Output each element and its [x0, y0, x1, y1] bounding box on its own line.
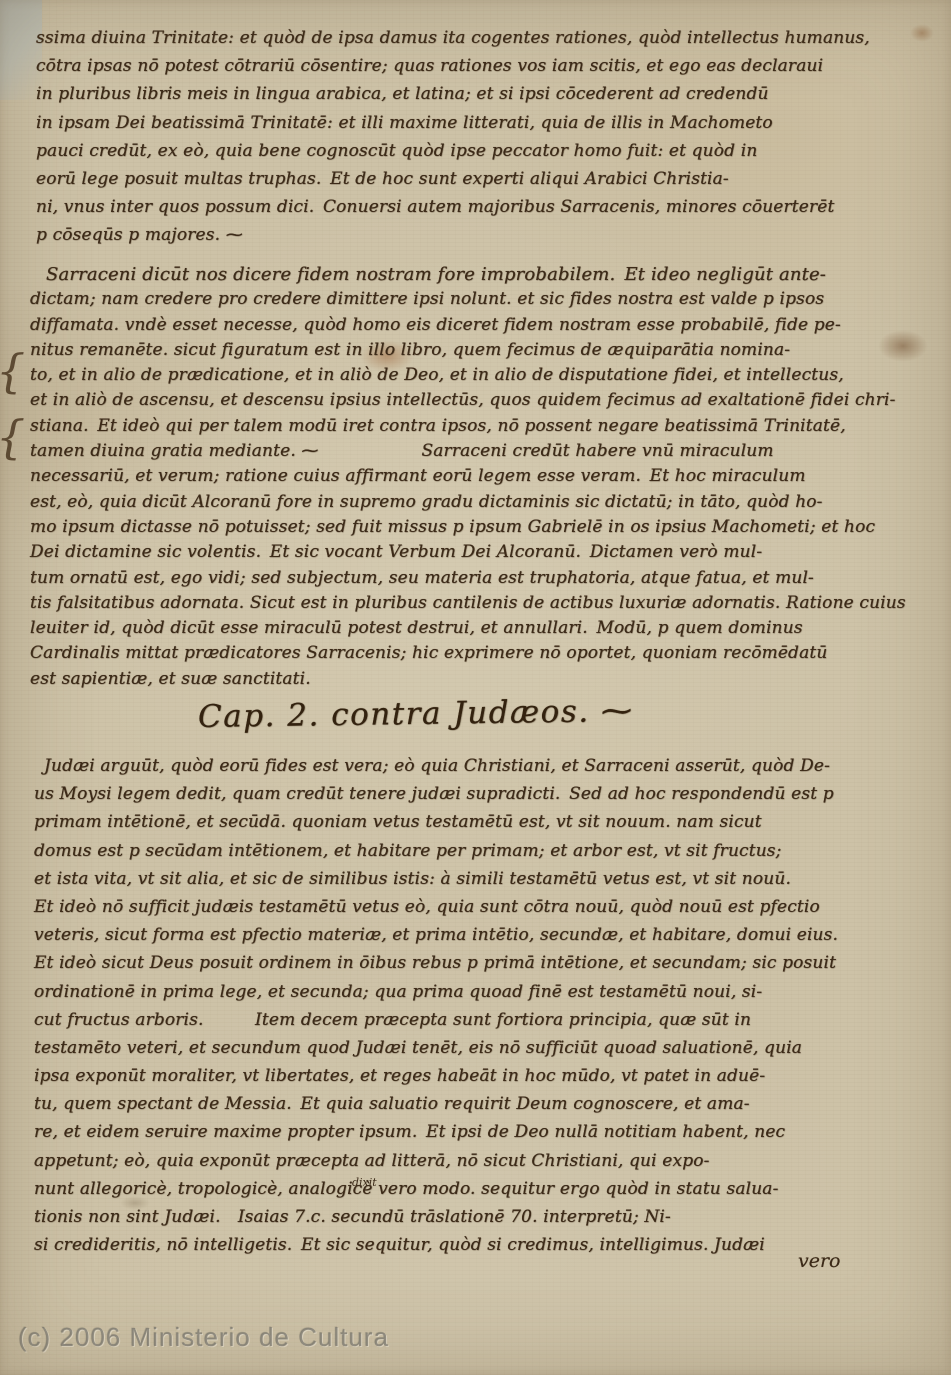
manuscript-line: Sarraceni dicūt nos dicere fidem nostram…: [30, 262, 935, 287]
manuscript-line: et ista vita, vt sit alia, et sic de sim…: [34, 865, 939, 893]
manuscript-line: p cōseqūs p majores. ⁓: [36, 221, 941, 249]
manuscript-line: in ipsam Dei beatissimā Trinitatē: et il…: [36, 109, 941, 137]
manuscript-line: diffamata. vndè esset necesse, quòd homo…: [30, 313, 935, 338]
paragraph-opening: ssima diuina Trinitate: et quòd de ipsa …: [36, 24, 941, 250]
manuscript-line: appetunt; eò, quia exponūt præcepta ad l…: [34, 1147, 939, 1175]
manuscript-line: tamen diuina gratia mediante. ⁓ Sarracen…: [30, 439, 935, 464]
manuscript-line: ipsa exponūt moraliter, vt libertates, e…: [34, 1062, 939, 1090]
manuscript-line: re, et eidem seruire maxime propter ipsu…: [34, 1118, 939, 1146]
manuscript-line: ni, vnus inter quos possum dici. Conuers…: [36, 193, 941, 221]
manuscript-page: { { ssima diuina Trinitate: et quòd de i…: [0, 0, 951, 1375]
copyright-watermark: (c) 2006 Ministerio de Cultura: [18, 1322, 389, 1353]
manuscript-line: tis falsitatibus adornata. Sicut est in …: [30, 591, 935, 616]
manuscript-line: necessariū, et verum; ratione cuius affi…: [30, 464, 935, 489]
manuscript-line: Et ideò sicut Deus posuit ordinem in ōib…: [34, 949, 939, 977]
manuscript-line: primam intētionē, et secūdā. quoniam vet…: [34, 808, 939, 836]
catchword: vero: [798, 1250, 841, 1272]
manuscript-line: tum ornatū est, ego vidi; sed subjectum,…: [30, 566, 935, 591]
manuscript-line: ssima diuina Trinitate: et quòd de ipsa …: [36, 24, 941, 52]
manuscript-line: Et ideò nō sufficit judæis testamētū vet…: [34, 893, 939, 921]
manuscript-line: est sapientiæ, et suæ sanctitati.: [30, 667, 935, 692]
chapter-heading: Cap. 2. contra Judæos. ⁓: [198, 693, 634, 735]
manuscript-line: cut fructus arboris. Item decem præcepta…: [34, 1006, 939, 1034]
manuscript-line: eorū lege posuit multas truphas. Et de h…: [36, 165, 941, 193]
manuscript-line: pauci credūt, ex eò, quia bene cognoscūt…: [36, 137, 941, 165]
manuscript-line: stiana. Et ideò qui per talem modū iret …: [30, 414, 935, 439]
manuscript-line: testamēto veteri, et secundum quod Judæi…: [34, 1034, 939, 1062]
paragraph-contra-judaeos: Judæi arguūt, quòd eorū fides est vera; …: [34, 752, 939, 1259]
manuscript-line: Judæi arguūt, quòd eorū fides est vera; …: [34, 752, 939, 780]
manuscript-line: mo ipsum dictasse nō potuisset; sed fuit…: [30, 515, 935, 540]
interlinear-note: dixit: [352, 1176, 377, 1189]
margin-brace: {: [0, 348, 25, 394]
manuscript-line: et in aliò de ascensu, et descensu ipsiu…: [30, 388, 935, 413]
paragraph-sarraceni: Sarraceni dicūt nos dicere fidem nostram…: [30, 262, 935, 692]
margin-brace: {: [0, 414, 25, 460]
manuscript-line: leuiter id, quòd dicūt esse miraculū pot…: [30, 616, 935, 641]
manuscript-line: nitus remanēte. sicut figuratum est in i…: [30, 338, 935, 363]
manuscript-line: nunt allegoricè, tropologicè, analogicè …: [34, 1175, 939, 1203]
manuscript-line: veteris, sicut forma est pfectio materiæ…: [34, 921, 939, 949]
manuscript-line: est, eò, quia dicūt Alcoranū fore in sup…: [30, 490, 935, 515]
manuscript-line: dictam; nam credere pro credere dimitter…: [30, 287, 935, 312]
manuscript-line: cōtra ipsas nō potest cōtrariū cōsentire…: [36, 52, 941, 80]
manuscript-line: tu, quem spectant de Messia. Et quia sal…: [34, 1090, 939, 1118]
manuscript-line: domus est p secūdam intētionem, et habit…: [34, 837, 939, 865]
manuscript-line: us Moysi legem dedit, quam credūt tenere…: [34, 780, 939, 808]
manuscript-line: Cardinalis mittat prædicatores Sarraceni…: [30, 641, 935, 666]
manuscript-line: ordinationē in prima lege, et secunda; q…: [34, 978, 939, 1006]
manuscript-line: Dei dictamine sic volentis. Et sic vocan…: [30, 540, 935, 565]
manuscript-line: tionis non sint Judæi. Isaias 7.c. secun…: [34, 1203, 939, 1231]
manuscript-line: in pluribus libris meis in lingua arabic…: [36, 80, 941, 108]
manuscript-line: to, et in alio de prædicatione, et in al…: [30, 363, 935, 388]
